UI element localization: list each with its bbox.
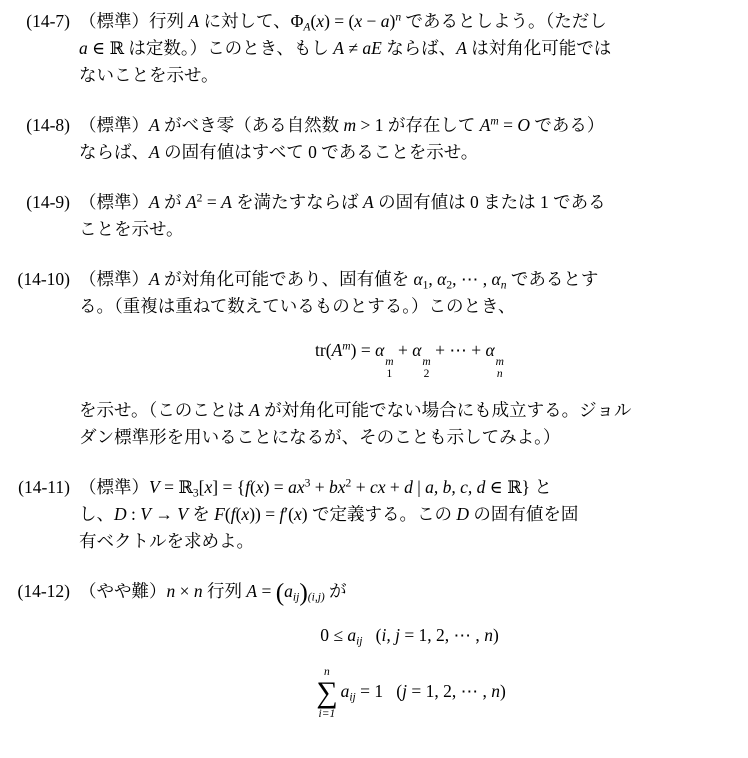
- text-run: 行列: [203, 581, 247, 601]
- text-run: が: [160, 192, 186, 212]
- problem-line: ないことを示せ。: [79, 62, 740, 89]
- problem-14-9: (14-9)（標準）A が A2 = A を満たすならば A の固有値は 0 ま…: [0, 189, 740, 243]
- text-run: A: [332, 340, 343, 360]
- problem-line: る。（重複は重ねて数えているものとする。）このとき、: [79, 293, 740, 320]
- problem-label: (14-10): [0, 266, 70, 293]
- text-run: ) =: [351, 340, 375, 360]
- text-run: V: [149, 477, 160, 497]
- problem-sheet: (14-7)（標準）行列 A に対して、ΦA(x) = (x − a)n である…: [0, 0, 748, 737]
- subsup-stack: mn: [496, 356, 504, 380]
- text-run: α: [413, 269, 422, 289]
- text-run: A: [149, 142, 160, 162]
- text-run: が対角化可能でない場合にも成立する。ジョル: [260, 400, 632, 420]
- text-run: a: [347, 625, 356, 645]
- text-run: a: [79, 38, 88, 58]
- text-run: の固有値を固: [469, 504, 578, 524]
- text-run: +: [351, 477, 370, 497]
- problem-line: 有ベクトルを求めよ。: [79, 528, 740, 555]
- text-run: )) =: [249, 504, 279, 524]
- text-run: x: [354, 11, 362, 31]
- problem-label: (14-11): [0, 474, 70, 501]
- text-run: =: [257, 581, 276, 601]
- text-run: A: [333, 38, 344, 58]
- text-run: m: [490, 116, 498, 128]
- text-run: に対して、: [199, 11, 291, 31]
- text-run: cx: [370, 477, 386, 497]
- problem-line: （標準）A が対角化可能であり、固有値を α1, α2, ⋯ , αn であると…: [79, 266, 740, 293]
- text-run: ): [500, 681, 506, 701]
- subsup-stack: m2: [422, 356, 430, 380]
- text-run: +: [310, 477, 329, 497]
- text-run: を満たすならば: [232, 192, 363, 212]
- text-run: > 1 が存在して: [356, 115, 480, 135]
- stack-cell: n: [497, 368, 503, 380]
- text-run: ×: [175, 581, 194, 601]
- text-run: (: [276, 578, 284, 606]
- text-run: A: [246, 581, 257, 601]
- display-formula: 0 ≤ aij (i, j = 1, 2, ⋯ , n): [79, 622, 740, 649]
- text-run: A: [149, 269, 160, 289]
- text-run: α: [492, 269, 501, 289]
- text-run: :: [127, 504, 141, 524]
- text-run: α: [412, 340, 421, 360]
- problem-14-11: (14-11)（標準）V = ℝ3[x] = {f(x) = ax3 + bx2…: [0, 474, 740, 555]
- text-run: n: [194, 581, 203, 601]
- text-run: A: [149, 115, 160, 135]
- problem-14-8: (14-8)（標準）A がべき零（ある自然数 m > 1 が存在して Am = …: [0, 112, 740, 166]
- stack-cell: 2: [424, 368, 430, 380]
- text-run: D: [114, 504, 127, 524]
- text-run: を示せ。（このことは: [79, 400, 249, 420]
- text-run: =: [499, 115, 518, 135]
- problem-label: (14-7): [0, 8, 70, 35]
- text-run: A: [188, 11, 199, 31]
- problem-line: ダン標準形を用いることになるが、そのことも示してみよ。）: [79, 424, 740, 451]
- text-run: ダン標準形を用いることになるが、そのことも示してみよ。）: [79, 427, 560, 447]
- display-formula: tr(Am) = αm1 + αm2 + ⋯ + αmn: [79, 337, 740, 380]
- problem-body: （標準）A がべき零（ある自然数 m > 1 が存在して Am = O である）…: [79, 112, 740, 166]
- text-run: = ℝ: [160, 477, 193, 497]
- text-run: る。（重複は重ねて数えているものとする。）このとき、: [79, 296, 515, 316]
- text-run: （標準）: [79, 192, 149, 212]
- text-run: |: [413, 477, 425, 497]
- problem-line: ならば、A の固有値はすべて 0 であることを示せ。: [79, 139, 740, 166]
- text-run: ならば、: [79, 142, 149, 162]
- text-run: m: [342, 341, 350, 353]
- problem-line: を示せ。（このことは A が対角化可能でない場合にも成立する。ジョル: [79, 397, 740, 424]
- text-run: であるとしよう。（ただし: [401, 11, 607, 31]
- text-run: ) =: [264, 477, 288, 497]
- text-run: Φ: [291, 11, 304, 31]
- display-formula: n∑i=1aij = 1 (j = 1, 2, ⋯ , n): [79, 666, 740, 720]
- problem-line: a ∈ ℝ は定数。）このとき、もし A ≠ aE ならば、A は対角化可能では: [79, 35, 740, 62]
- text-run: m: [343, 115, 356, 135]
- text-run: , ⋯ ,: [452, 269, 491, 289]
- text-run: A: [480, 115, 491, 135]
- text-run: = 1, 2, ⋯ ,: [407, 681, 491, 701]
- text-run: n: [491, 681, 500, 701]
- text-run: −: [362, 11, 381, 31]
- text-run: A: [456, 38, 467, 58]
- text-run: ′(: [284, 504, 294, 524]
- text-run: α: [485, 340, 494, 360]
- stack-cell: i=1: [319, 708, 336, 720]
- text-run: + ⋯ +: [431, 340, 486, 360]
- text-run: F: [214, 504, 225, 524]
- problem-label: (14-8): [0, 112, 70, 139]
- text-run: 有ベクトルを求めよ。: [79, 531, 254, 551]
- text-run: tr(: [315, 340, 332, 360]
- sum-operator: n∑i=1: [316, 666, 337, 720]
- text-run: が対角化可能であり、固有値を: [160, 269, 414, 289]
- text-run: n: [484, 625, 493, 645]
- stack-cell: m: [385, 356, 393, 368]
- text-run: ) = (: [324, 11, 354, 31]
- text-run: a: [381, 11, 390, 31]
- text-run: 0 ≤: [320, 625, 347, 645]
- text-run: (i,j): [308, 591, 325, 603]
- text-run: の固有値はすべて 0 であることを示せ。: [160, 142, 479, 162]
- text-run: ): [299, 578, 307, 606]
- text-run: a, b, c, d: [425, 477, 485, 497]
- text-run: A: [186, 192, 197, 212]
- text-run: V: [177, 504, 188, 524]
- text-run: +: [394, 340, 413, 360]
- text-run: = 1 (: [356, 681, 402, 701]
- text-run: A: [363, 192, 374, 212]
- text-run: （標準）: [79, 115, 149, 135]
- text-run: の固有値は 0 または 1 である: [374, 192, 606, 212]
- text-run: が: [325, 581, 347, 601]
- text-run: = 1, 2, ⋯ ,: [400, 625, 484, 645]
- text-run: A: [221, 192, 232, 212]
- problem-line: （標準）行列 A に対して、ΦA(x) = (x − a)n であるとしよう。（…: [79, 8, 740, 35]
- text-run: （やや難）: [79, 581, 167, 601]
- text-run: がべき零（ある自然数: [160, 115, 344, 135]
- text-run: ): [493, 625, 499, 645]
- text-run: ] = {: [212, 477, 245, 497]
- text-run: →: [151, 504, 177, 524]
- problem-line: （標準）A が A2 = A を満たすならば A の固有値は 0 または 1 で…: [79, 189, 740, 216]
- text-run: x: [294, 504, 302, 524]
- stack-cell: 1: [387, 368, 393, 380]
- text-run: =: [202, 192, 221, 212]
- problem-line: （標準）V = ℝ3[x] = {f(x) = ax3 + bx2 + cx +…: [79, 474, 740, 501]
- text-run: x: [256, 477, 264, 497]
- stack-cell: m: [496, 356, 504, 368]
- problem-line: し、D : V → V を F(f(x)) = f′(x) で定義する。この D…: [79, 501, 740, 528]
- text-run: bx: [329, 477, 346, 497]
- text-run: ∈ ℝ は定数。）このとき、もし: [88, 38, 334, 58]
- problem-body: （やや難）n × n 行列 A = (aij)(i,j) が0 ≤ aij (i…: [79, 578, 740, 737]
- text-run: aE: [362, 38, 381, 58]
- text-run: n: [167, 581, 176, 601]
- problem-label: (14-9): [0, 189, 70, 216]
- problem-body: （標準）A が A2 = A を満たすならば A の固有値は 0 または 1 で…: [79, 189, 740, 243]
- problem-line: ことを示せ。: [79, 216, 740, 243]
- text-run: は対角化可能では: [467, 38, 611, 58]
- stack-cell: m: [422, 356, 430, 368]
- text-run: ことを示せ。: [79, 219, 183, 239]
- text-run: を: [188, 504, 214, 524]
- text-run: d: [404, 477, 413, 497]
- text-run: （標準）: [79, 269, 149, 289]
- text-run: (: [363, 625, 382, 645]
- problem-line: （標準）A がべき零（ある自然数 m > 1 が存在して Am = O である）: [79, 112, 740, 139]
- text-run: ∈ ℝ} と: [485, 477, 552, 497]
- problem-body: （標準）行列 A に対して、ΦA(x) = (x − a)n であるとしよう。（…: [79, 8, 740, 89]
- text-run: ax: [288, 477, 305, 497]
- problem-body: （標準）V = ℝ3[x] = {f(x) = ax3 + bx2 + cx +…: [79, 474, 740, 555]
- text-run: （標準）行列: [79, 11, 188, 31]
- text-run: である）: [530, 115, 604, 135]
- subsup-stack: m1: [385, 356, 393, 380]
- text-run: ,: [428, 269, 437, 289]
- problem-14-10: (14-10)（標準）A が対角化可能であり、固有値を α1, α2, ⋯ , …: [0, 266, 740, 451]
- text-run: し、: [79, 504, 114, 524]
- problem-line: （やや難）n × n 行列 A = (aij)(i,j) が: [79, 578, 740, 605]
- text-run: ならば、: [382, 38, 456, 58]
- text-run: A: [149, 192, 160, 212]
- text-run: ないことを示せ。: [79, 65, 218, 85]
- text-run: ≠: [344, 38, 362, 58]
- text-run: α: [437, 269, 446, 289]
- text-run: であるとす: [506, 269, 598, 289]
- text-run: x: [316, 11, 324, 31]
- operator-glyph: ∑: [316, 678, 337, 708]
- text-run: a: [284, 581, 293, 601]
- text-run: D: [456, 504, 469, 524]
- problem-body: （標準）A が対角化可能であり、固有値を α1, α2, ⋯ , αn であると…: [79, 266, 740, 451]
- text-run: O: [517, 115, 530, 135]
- problem-14-12: (14-12)（やや難）n × n 行列 A = (aij)(i,j) が0 ≤…: [0, 578, 740, 737]
- problem-label: (14-12): [0, 578, 70, 605]
- text-run: ) で定義する。この: [302, 504, 457, 524]
- text-run: A: [249, 400, 260, 420]
- text-run: （標準）: [79, 477, 149, 497]
- text-run: α: [375, 340, 384, 360]
- text-run: +: [385, 477, 404, 497]
- problem-14-7: (14-7)（標準）行列 A に対して、ΦA(x) = (x − a)n である…: [0, 8, 740, 89]
- text-run: i, j: [381, 625, 399, 645]
- text-run: V: [140, 504, 151, 524]
